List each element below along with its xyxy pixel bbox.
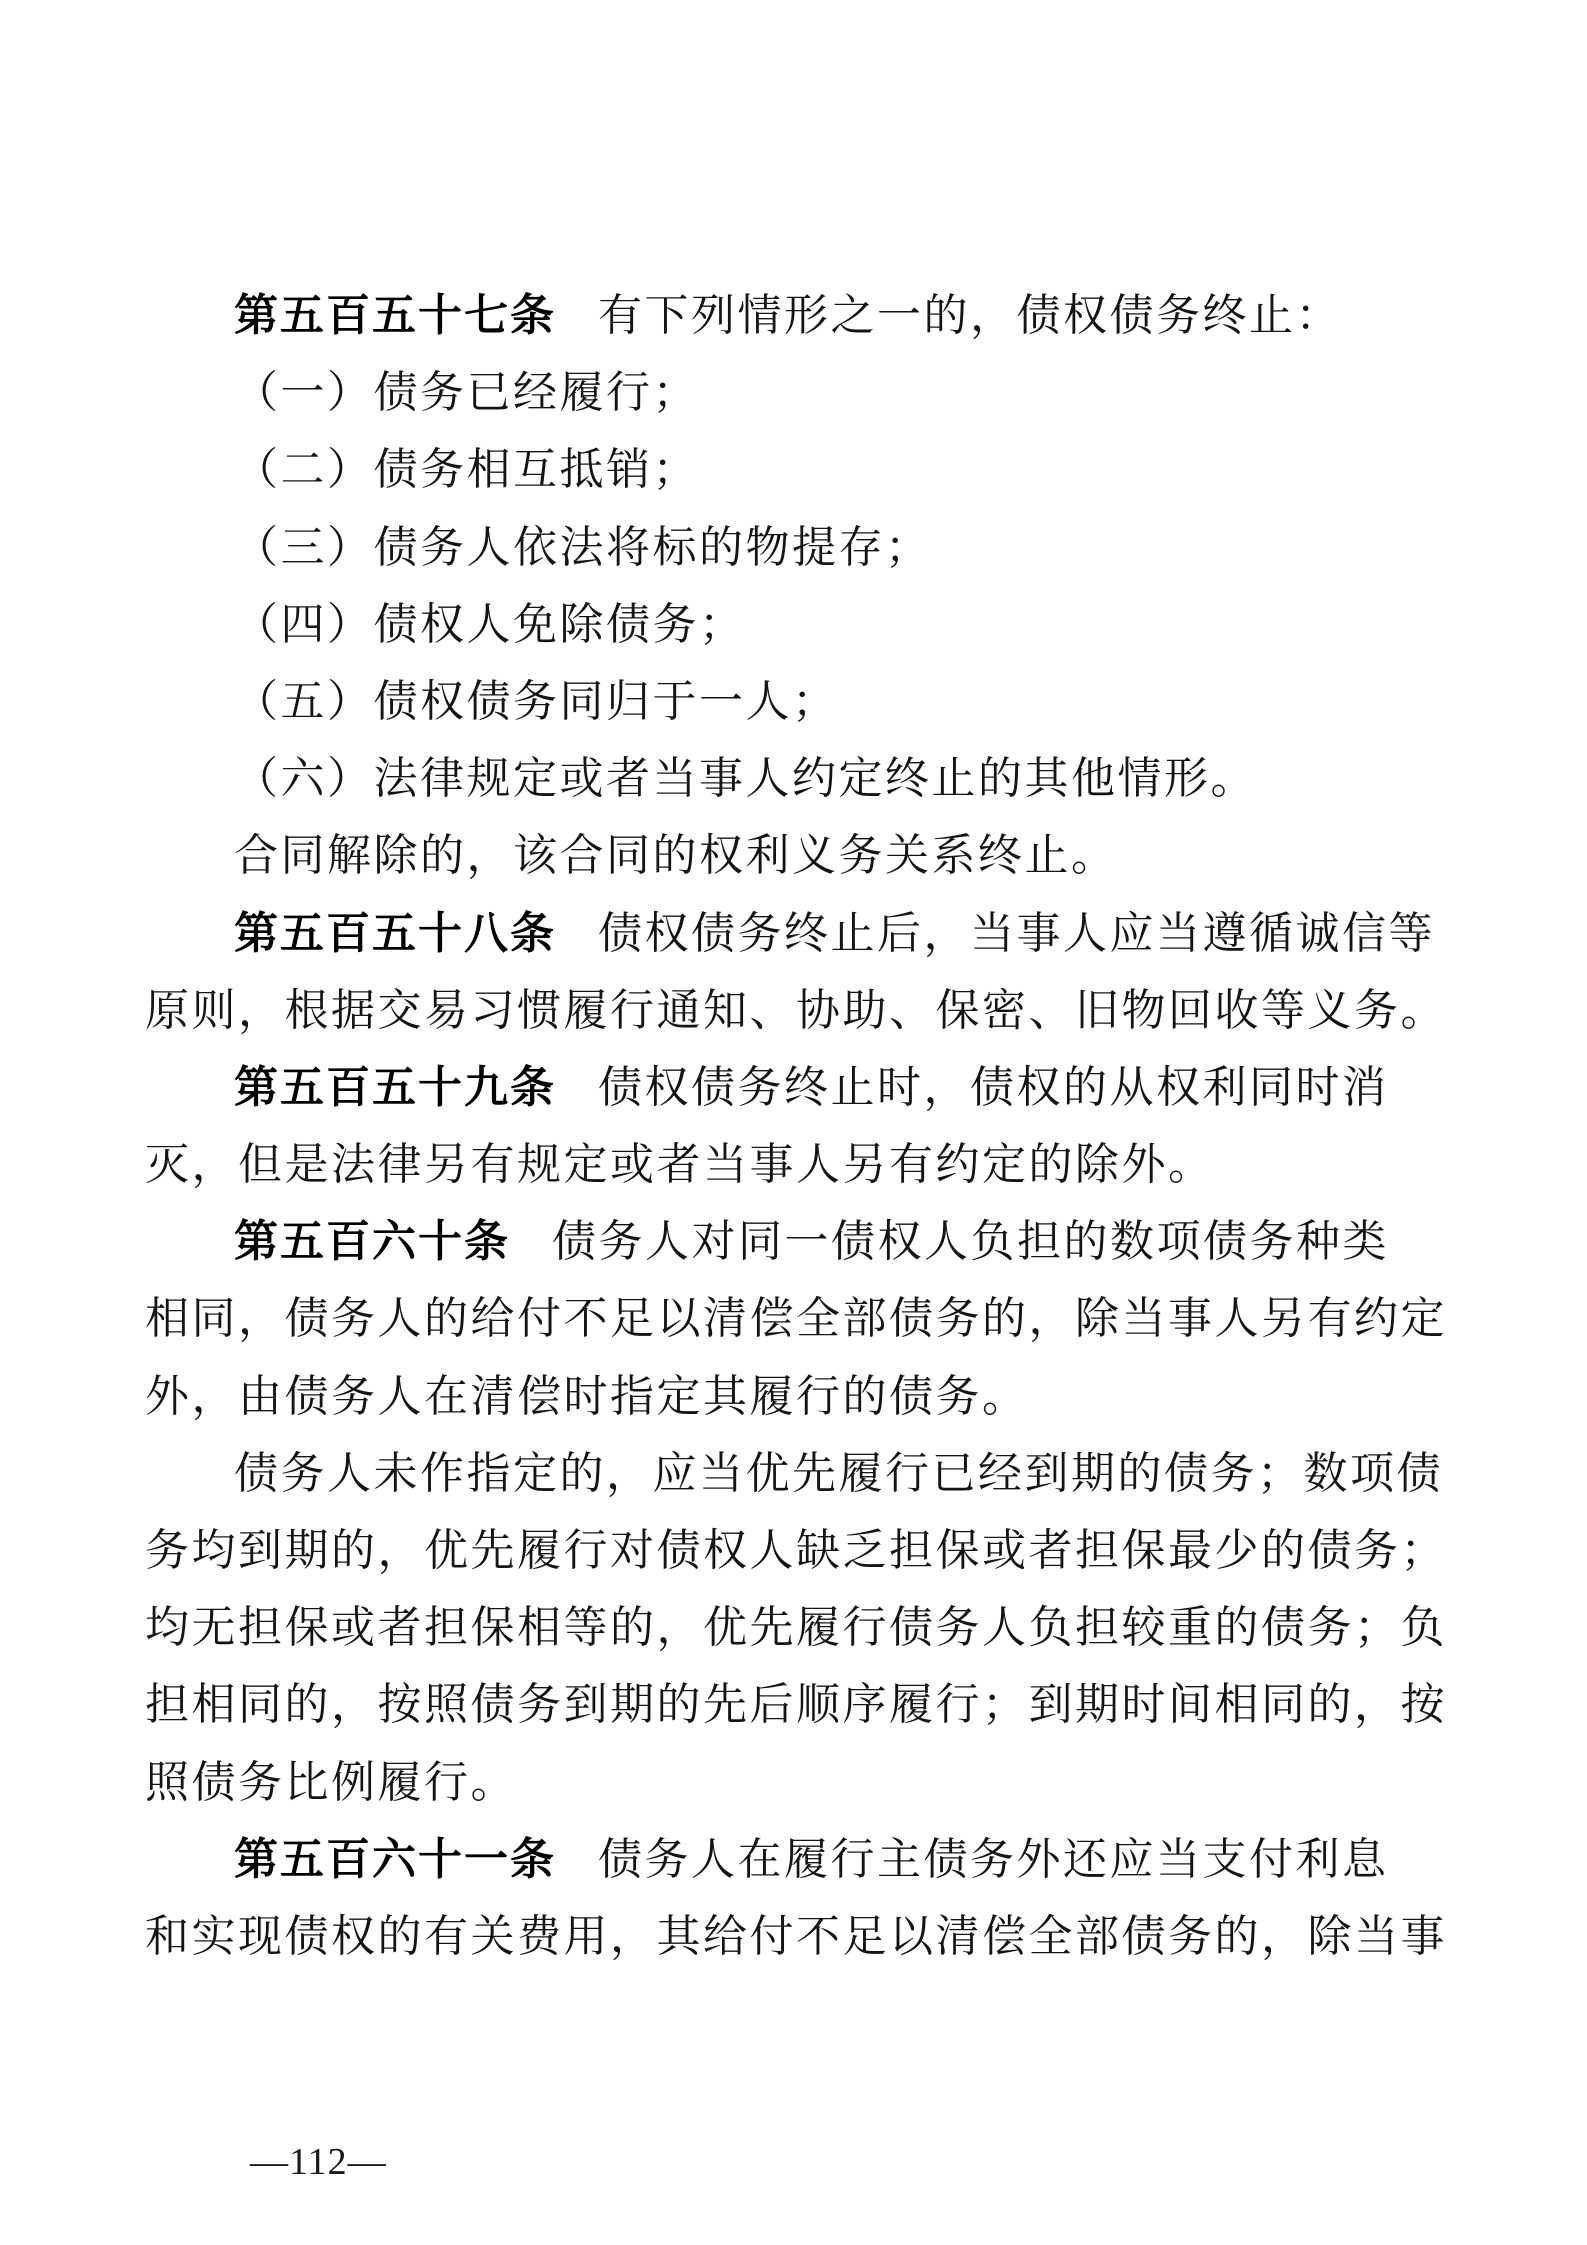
article-number: 第五百五十九条	[234, 1063, 556, 1112]
text-line: （六）法律规定或者当事人约定终止的其他情形。	[145, 740, 1447, 817]
text-line: （一）债务已经履行；	[145, 354, 1447, 431]
text-line: （四）债权人免除债务；	[145, 586, 1447, 663]
line-text: 外，由债务人在清偿时指定其履行的债务。	[145, 1372, 1029, 1421]
article-number: 第五百五十七条	[234, 291, 556, 340]
line-text: 务均到期的，优先履行对债权人缺乏担保或者担保最少的债务；	[145, 1526, 1447, 1575]
line-text: 灭，但是法律另有规定或者当事人另有约定的除外。	[145, 1140, 1215, 1189]
page-number: —112—	[250, 2140, 387, 2184]
text-line: 第五百五十七条有下列情形之一的，债权债务终止：	[145, 277, 1447, 354]
line-text: （五）债权债务同归于一人；	[234, 677, 839, 726]
line-text: 照债务比例履行。	[145, 1758, 517, 1807]
text-line: （三）债务人依法将标的物提存；	[145, 509, 1447, 586]
article-number: 第五百五十八条	[234, 909, 556, 958]
line-text: 债权债务终止后，当事人应当遵循诚信等	[598, 909, 1435, 958]
law-text-block: 第五百五十七条有下列情形之一的，债权债务终止： （一）债务已经履行； （二）债务…	[145, 277, 1447, 1975]
line-text: 合同解除的，该合同的权利义务关系终止。	[234, 831, 1118, 880]
line-text: （六）法律规定或者当事人约定终止的其他情形。	[234, 754, 1257, 803]
text-line: 第五百六十条债务人对同一债权人负担的数项债务种类	[145, 1203, 1447, 1280]
line-text: 担相同的，按照债务到期的先后顺序履行；到期时间相同的，按	[145, 1680, 1447, 1729]
line-text: 原则，根据交易习惯履行通知、协助、保密、旧物回收等义务。	[145, 986, 1447, 1035]
line-text: 债权债务终止时，债权的从权利同时消	[598, 1063, 1389, 1112]
line-text: 相同，债务人的给付不足以清偿全部债务的，除当事人另有约定	[145, 1294, 1447, 1343]
text-line: 第五百五十九条债权债务终止时，债权的从权利同时消	[145, 1049, 1447, 1126]
line-text: 均无担保或者担保相等的，优先履行债务人负担较重的债务；负	[145, 1603, 1447, 1652]
text-line: （五）债权债务同归于一人；	[145, 663, 1447, 740]
line-text: 债务人未作指定的，应当优先履行已经到期的债务；数项债	[234, 1449, 1443, 1498]
text-line: 第五百六十一条债务人在履行主债务外还应当支付利息	[145, 1821, 1447, 1898]
line-text: 有下列情形之一的，债权债务终止：	[598, 291, 1342, 340]
text-line: 外，由债务人在清偿时指定其履行的债务。	[145, 1358, 1447, 1435]
text-line: 相同，债务人的给付不足以清偿全部债务的，除当事人另有约定	[145, 1280, 1447, 1357]
text-line: 灭，但是法律另有规定或者当事人另有约定的除外。	[145, 1126, 1447, 1203]
text-line: 均无担保或者担保相等的，优先履行债务人负担较重的债务；负	[145, 1589, 1447, 1666]
text-line: 债务人未作指定的，应当优先履行已经到期的债务；数项债	[145, 1435, 1447, 1512]
text-line: 第五百五十八条债权债务终止后，当事人应当遵循诚信等	[145, 895, 1447, 972]
text-line: 原则，根据交易习惯履行通知、协助、保密、旧物回收等义务。	[145, 972, 1447, 1049]
line-text: 债务人对同一债权人负担的数项债务种类	[552, 1217, 1389, 1266]
line-text: （三）债务人依法将标的物提存；	[234, 523, 932, 572]
article-number: 第五百六十一条	[234, 1835, 556, 1884]
text-line: 和实现债权的有关费用，其给付不足以清偿全部债务的，除当事	[145, 1898, 1447, 1975]
line-text: （四）债权人免除债务；	[234, 600, 746, 649]
line-text: （一）债务已经履行；	[234, 368, 699, 417]
text-line: 担相同的，按照债务到期的先后顺序履行；到期时间相同的，按	[145, 1666, 1447, 1743]
line-text: （二）债务相互抵销；	[234, 445, 699, 494]
text-line: 务均到期的，优先履行对债权人缺乏担保或者担保最少的债务；	[145, 1512, 1447, 1589]
article-number: 第五百六十条	[234, 1217, 510, 1266]
text-line: 合同解除的，该合同的权利义务关系终止。	[145, 817, 1447, 894]
document-page: 第五百五十七条有下列情形之一的，债权债务终止： （一）债务已经履行； （二）债务…	[0, 0, 1587, 2245]
line-text: 和实现债权的有关费用，其给付不足以清偿全部债务的，除当事	[145, 1912, 1447, 1961]
text-line: 照债务比例履行。	[145, 1744, 1447, 1821]
line-text: 债务人在履行主债务外还应当支付利息	[598, 1835, 1389, 1884]
text-line: （二）债务相互抵销；	[145, 431, 1447, 508]
